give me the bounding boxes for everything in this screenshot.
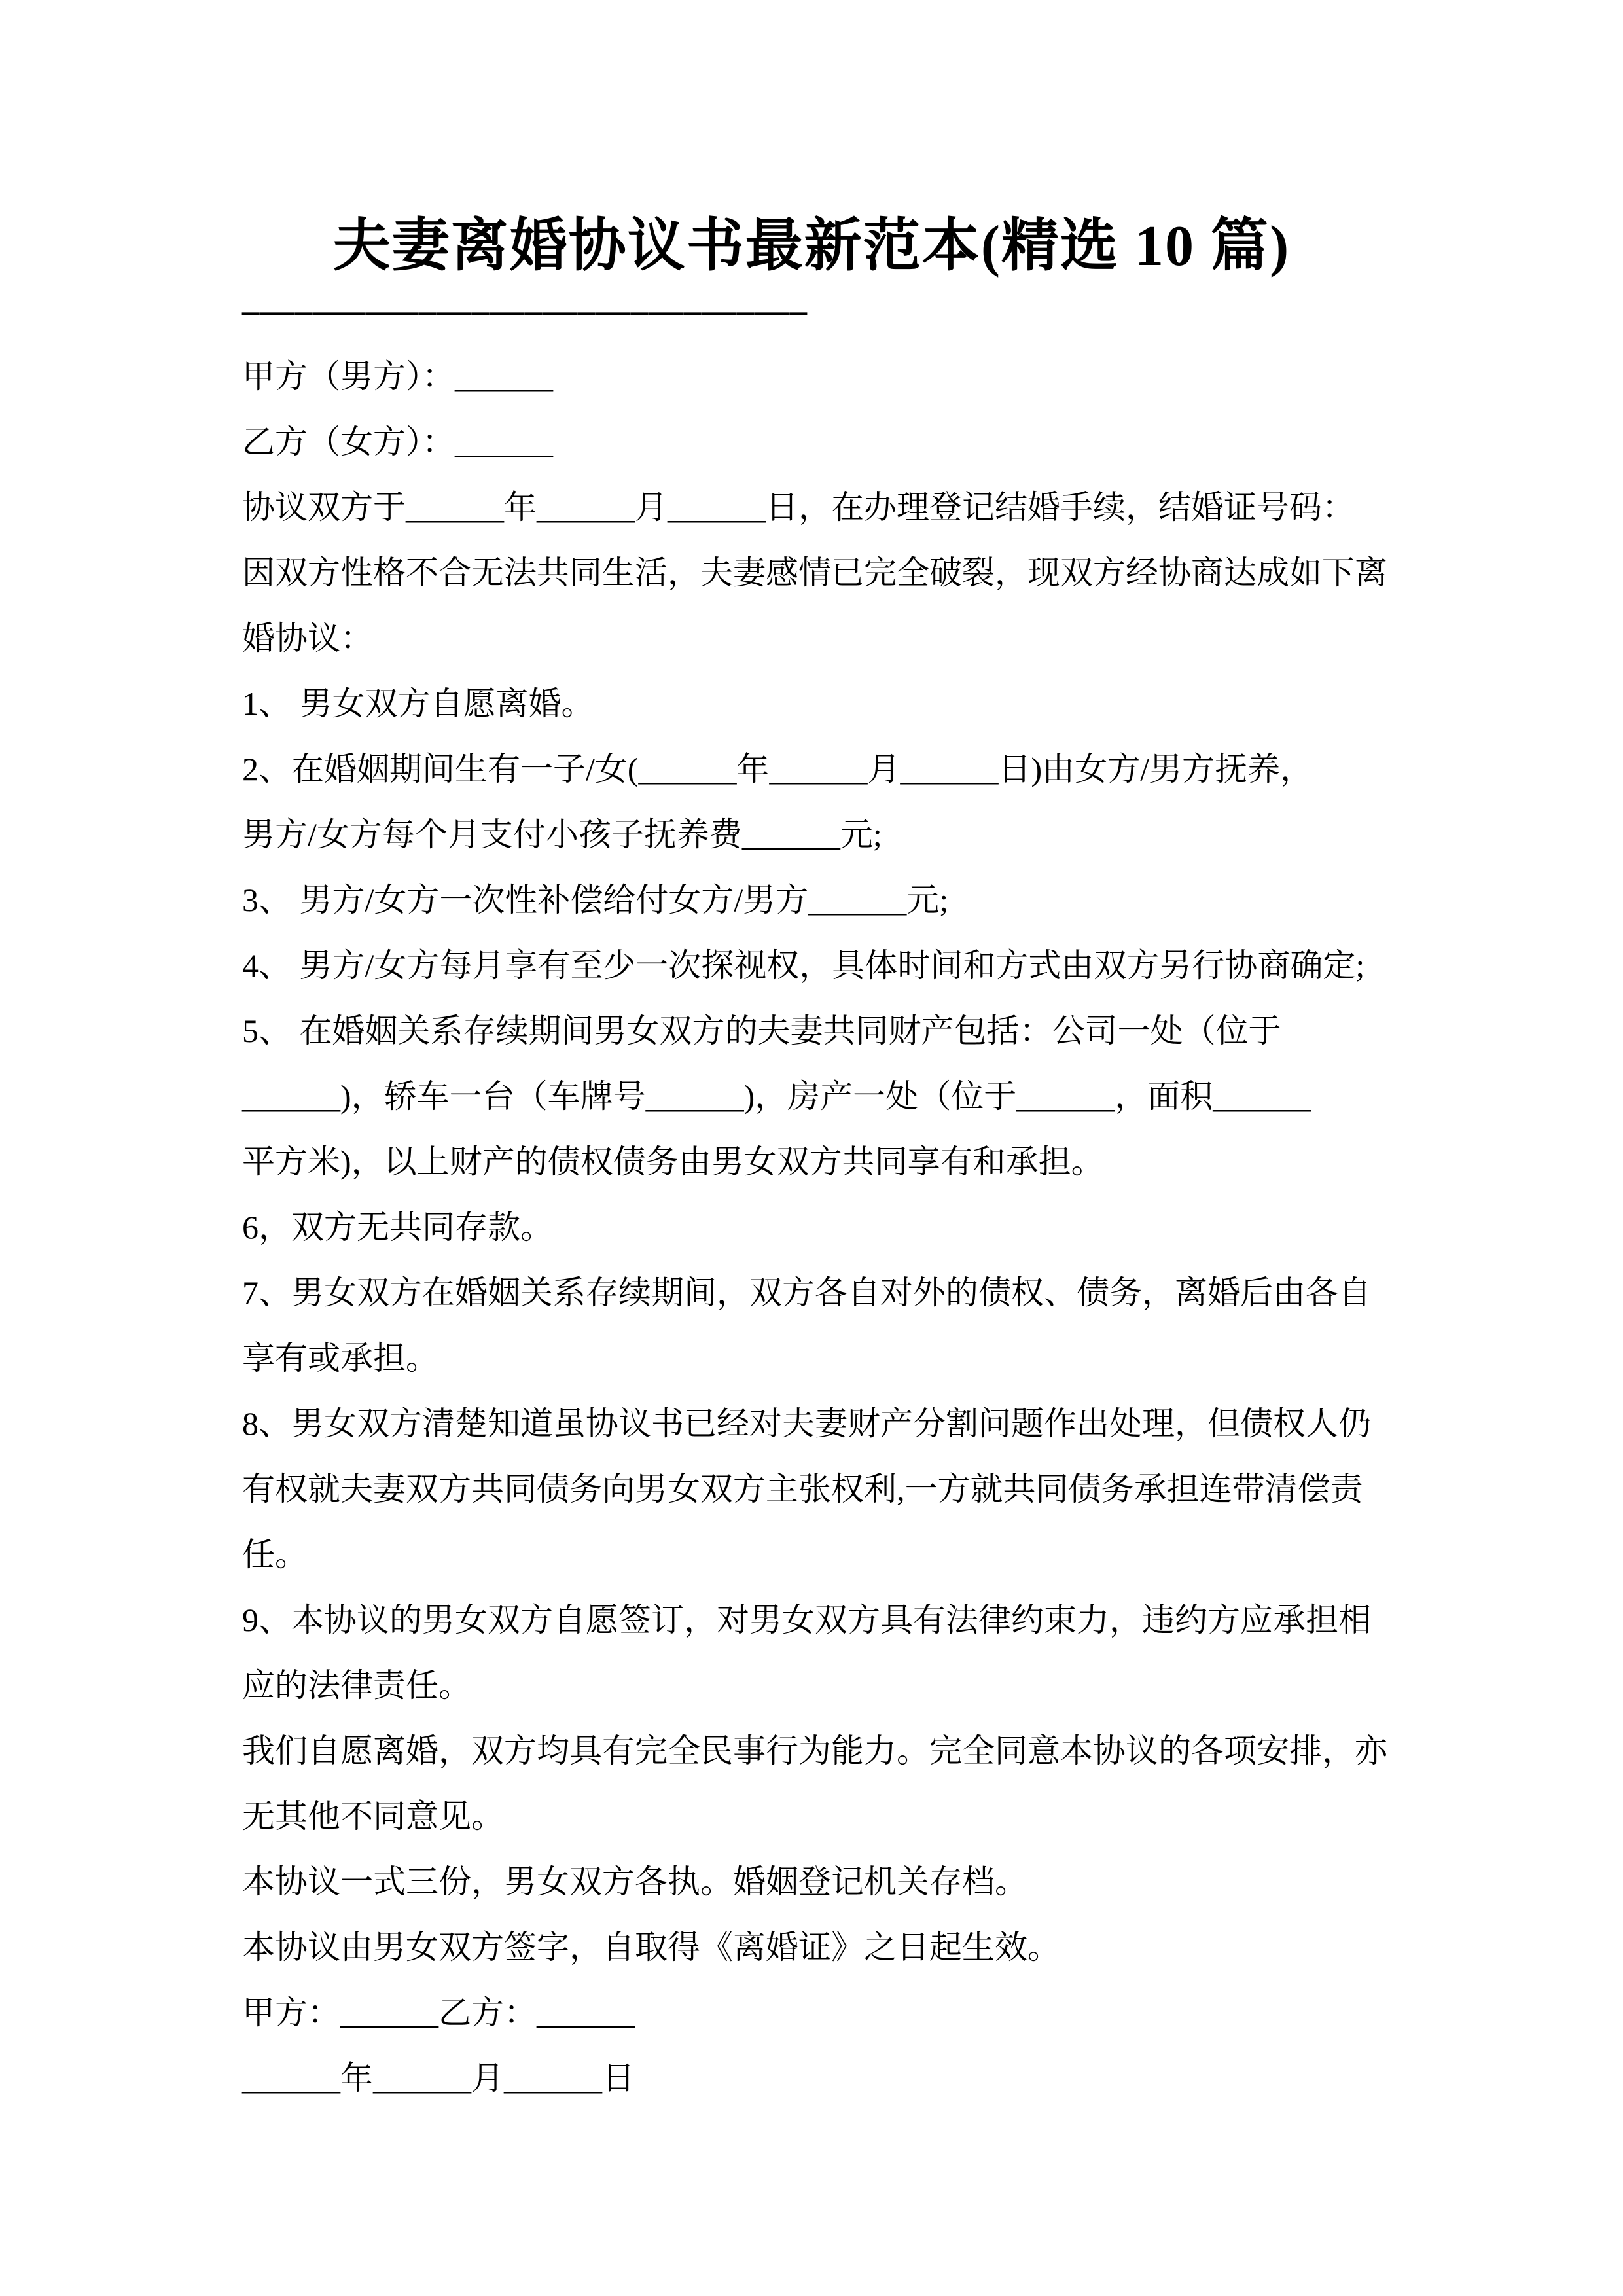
line-item-4: 4、 男方/女方每月享有至少一次探视权，具体时间和方式由双方另行协商确定; [242,933,1400,998]
line-effective: 本协议由男女双方签字，自取得《离婚证》之日起生效。 [242,1914,1400,1980]
line-marriage-date: 协议双方于______年______月______日，在办理登记结婚手续，结婚证… [242,475,1400,540]
document-body: 甲方（男方）：______ 乙方（女方）：______ 协议双方于______年… [242,344,1400,2111]
line-item-8b: 有权就夫妻双方共同债务向男女双方主张权利,一方就共同债务承担连带清偿责 [242,1456,1400,1522]
line-item-7b: 享有或承担。 [242,1325,1400,1391]
line-declaration-2: 无其他不同意见。 [242,1784,1400,1849]
line-item-8a: 8、男女双方清楚知道虽协议书已经对夫妻财产分割问题作出处理，但债权人仍 [242,1391,1400,1456]
line-declaration-1: 我们自愿离婚，双方均具有完全民事行为能力。完全同意本协议的各项安排，亦 [242,1718,1400,1784]
line-item-3: 3、 男方/女方一次性补偿给付女方/男方______元; [242,867,1400,933]
line-party-a: 甲方（男方）：______ [242,344,1400,409]
line-item-5a: 5、 在婚姻关系存续期间男女双方的夫妻共同财产包括：公司一处（位于 [242,998,1400,1064]
line-item-2b: 男方/女方每个月支付小孩子抚养费______元; [242,802,1400,867]
line-item-5b: ______)，轿车一台（车牌号______)，房产一处（位于______，面积… [242,1064,1400,1129]
line-item-5c: 平方米)，以上财产的债权债务由男女双方共同享有和承担。 [242,1129,1400,1194]
line-signatures: 甲方：______乙方：______ [242,1980,1400,2045]
line-item-8c: 任。 [242,1522,1400,1587]
line-item-6: 6，双方无共同存款。 [242,1194,1400,1260]
line-copies: 本协议一式三份，男女双方各执。婚姻登记机关存档。 [242,1849,1400,1914]
line-item-9b: 应的法律责任。 [242,1653,1400,1718]
line-sign-date: ______年______月______日 [242,2045,1400,2111]
line-preamble-2: 婚协议： [242,605,1400,671]
line-preamble-1: 因双方性格不合无法共同生活，夫妻感情已完全破裂，现双方经协商达成如下离 [242,540,1400,605]
line-item-9a: 9、本协议的男女双方自愿签订，对男女双方具有法律约束力，违约方应承担相 [242,1587,1400,1653]
line-item-7a: 7、男女双方在婚姻关系存续期间，双方各自对外的债权、债务，离婚后由各自 [242,1260,1400,1325]
document-page: 夫妻离婚协议书最新范本(精选 10 篇) ___________________… [0,0,1623,2296]
line-item-2a: 2、在婚姻期间生有一子/女(______年______月______日)由女方/… [242,736,1400,802]
title-underline: ________________________________ [242,267,808,332]
line-party-b: 乙方（女方）：______ [242,409,1400,475]
line-item-1: 1、 男女双方自愿离婚。 [242,671,1400,736]
